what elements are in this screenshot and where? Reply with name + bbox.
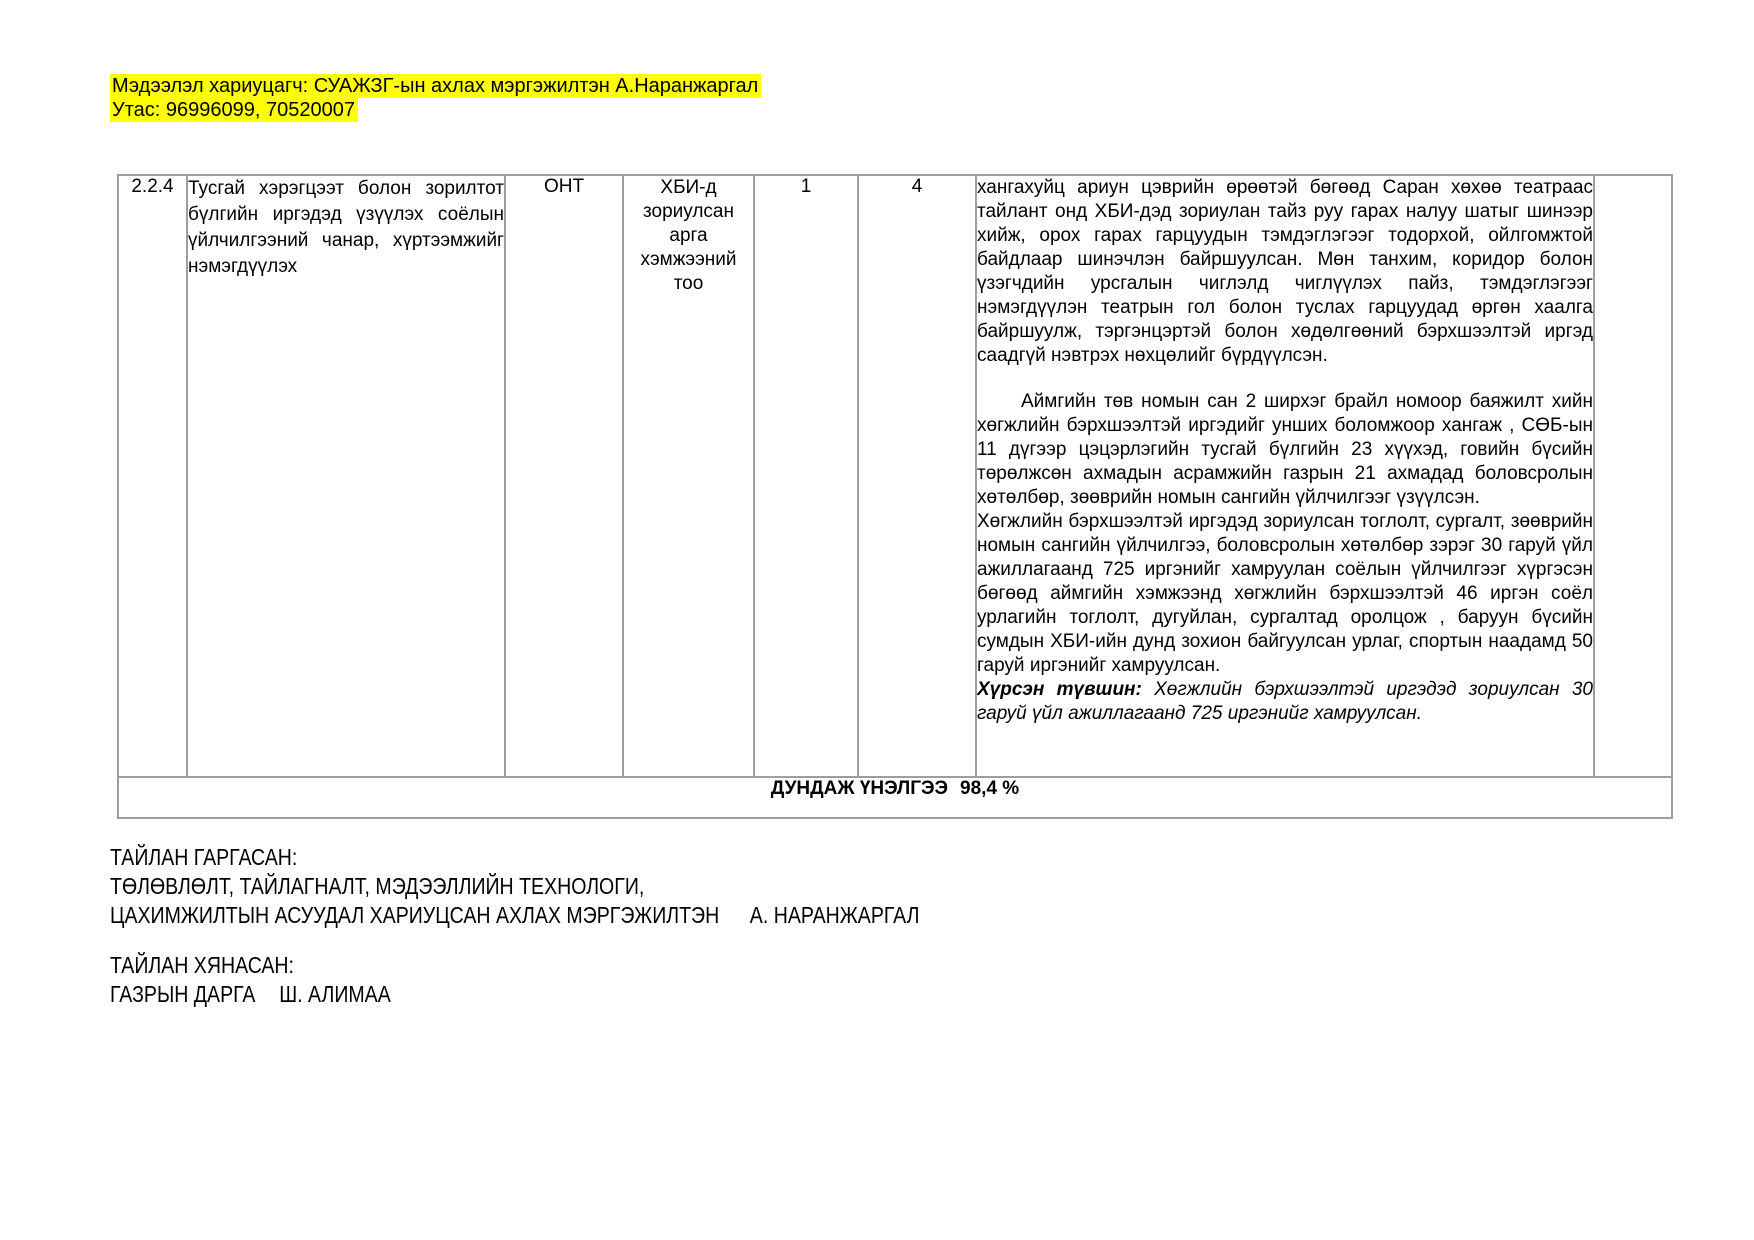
prepared-role-line: ЦАХИМЖИЛТЫН АСУУДАЛ ХАРИУЦСАН АХЛАХ МЭРГ… [110,901,919,930]
contact-person-line: Мэдээлэл хариуцагч: СУАЖЗГ-ын ахлах мэрг… [110,74,761,98]
signature-footer: ТАЙЛАН ГАРГАСАН: ТӨЛӨВЛӨЛТ, ТАЙЛАГНАЛТ, … [110,843,919,1009]
reviewed-heading: ТАЙЛАН ХЯНАСАН: [110,951,919,980]
details-paragraph-3: Хөгжлийн бэрхшээлтэй иргэдэд зориулсан т… [977,510,1593,678]
cell-average-score: ДУНДАЖ ҮНЭЛГЭЭ98,4 % [118,777,1672,818]
prepared-name: А. НАРАНЖАРГАЛ [750,902,920,928]
cell-target-value: 1 [754,175,858,777]
footer-spacer [110,930,919,951]
reviewed-role: ГАЗРЫН ДАРГА [110,981,255,1007]
details-paragraph-2: Аймгийн төв номын сан 2 ширхэг брайл ном… [977,390,1593,510]
cell-empty [1594,175,1672,777]
details-paragraph-1: хангахуйц ариун цэврийн өрөөтэй бөгөөд С… [977,176,1593,368]
prepared-role: ЦАХИМЖИЛТЫН АСУУДАЛ ХАРИУЦСАН АХЛАХ МЭРГ… [110,902,719,928]
prepared-unit-line1: ТӨЛӨВЛӨЛТ, ТАЙЛАГНАЛТ, МЭДЭЭЛЛИЙН ТЕХНОЛ… [110,872,919,901]
summary-row: ДУНДАЖ ҮНЭЛГЭЭ98,4 % [118,777,1672,818]
reviewed-role-line: ГАЗРЫН ДАРГАШ. АЛИМАА [110,980,919,1009]
document-page: Мэдээлэл хариуцагч: СУАЖЗГ-ын ахлах мэрг… [0,0,1754,1240]
cell-indicator-type: ОНТ [505,175,623,777]
contact-phone-line: Утас: 96996099, 70520007 [110,98,358,122]
cell-row-number: 2.2.4 [118,175,187,777]
contact-header: Мэдээлэл хариуцагч: СУАЖЗГ-ын ахлах мэрг… [110,74,761,122]
details-achieved-level: Хүрсэн түвшин: Хөгжлийн бэрхшээлтэй иргэ… [977,678,1593,726]
achieved-level-label: Хүрсэн түвшин: [977,679,1142,700]
average-score-label: ДУНДАЖ ҮНЭЛГЭЭ [771,778,948,799]
prepared-heading: ТАЙЛАН ГАРГАСАН: [110,843,919,872]
table-row: 2.2.4 Тусгай хэрэгцээт болон зорилтот бү… [118,175,1672,777]
report-table: 2.2.4 Тусгай хэрэгцээт болон зорилтот бү… [117,174,1673,819]
reviewed-name: Ш. АЛИМАА [279,981,390,1007]
average-score-value: 98,4 % [960,778,1019,799]
cell-performance-details: хангахуйц ариун цэврийн өрөөтэй бөгөөд С… [976,175,1594,777]
cell-indicator-name: ХБИ-д зориулсан арга хэмжээний тоо [623,175,754,777]
cell-objective: Тусгай хэрэгцээт болон зорилтот бүлгийн … [187,175,505,777]
cell-result-value: 4 [858,175,976,777]
